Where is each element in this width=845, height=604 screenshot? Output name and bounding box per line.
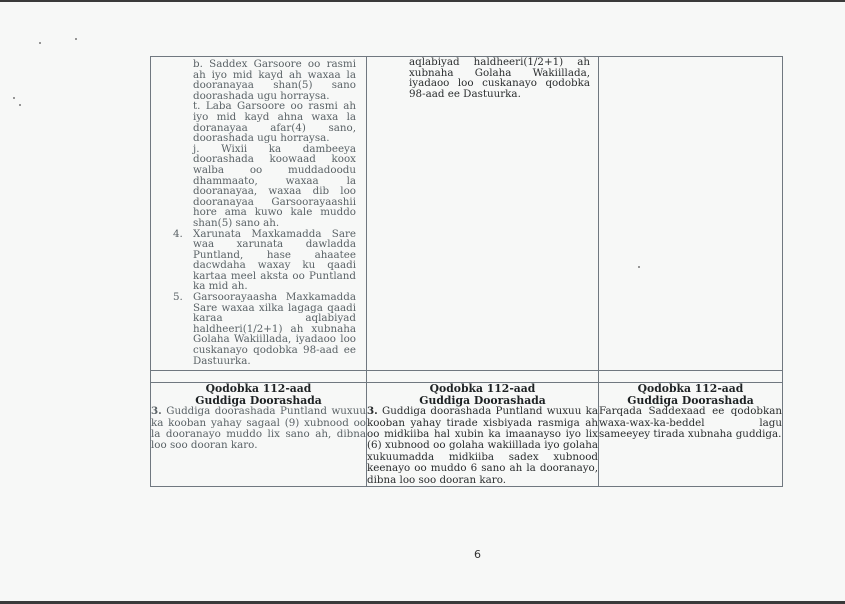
article-heading: Qodobka 112-aad (367, 383, 598, 395)
scan-speck (13, 97, 15, 99)
row2-col2-cell: Qodobka 112-aad Guddiga Doorashada 3. Gu… (367, 383, 599, 487)
numbered-item: 4. Xarunata Maxkamadda Sare waa xarunata… (193, 229, 356, 293)
paragraph: Farqada Saddexaad ee qodobkan waxa-wax-k… (599, 406, 782, 440)
table-separator-row (151, 371, 783, 383)
comparison-table: b. Saddex Garsoore oo rasmi ah iyo mid k… (150, 56, 783, 487)
paragraph: 3. Guddiga doorashada Puntland wuxuu ka … (151, 406, 366, 452)
list-item: b. Saddex Garsoore oo rasmi ah iyo mid k… (193, 59, 356, 101)
table-row: Qodobka 112-aad Guddiga Doorashada 3. Gu… (151, 383, 783, 487)
list-item: j. Wixii ka dambeeya doorashada koowaad … (193, 144, 356, 229)
scan-top-edge (0, 0, 845, 2)
numbered-item: 5. Garsoorayaasha Maxkamadda Sare waxaa … (193, 292, 356, 366)
article-heading: Qodobka 112-aad (599, 383, 782, 395)
scan-speck (39, 42, 41, 44)
row1-col1-cell: b. Saddex Garsoore oo rasmi ah iyo mid k… (151, 57, 367, 371)
row2-col3-cell: Qodobka 112-aad Guddiga Doorashada Farqa… (599, 383, 783, 487)
row2-col1-cell: Qodobka 112-aad Guddiga Doorashada 3. Gu… (151, 383, 367, 487)
paragraph: aqlabiyad haldheeri(1/2+1) ah xubnaha Go… (367, 57, 598, 103)
scan-speck (75, 38, 77, 40)
row1-col3-cell (599, 57, 783, 371)
row1-col2-cell: aqlabiyad haldheeri(1/2+1) ah xubnaha Go… (367, 57, 599, 371)
article-heading: Qodobka 112-aad (151, 383, 366, 395)
page-number: 6 (474, 548, 481, 561)
list-item: t. Laba Garsoore oo rasmi ah iyo mid kay… (193, 101, 356, 143)
paragraph: 3. Guddiga doorashada Puntland wuxuu ka … (367, 406, 598, 486)
table-row: b. Saddex Garsoore oo rasmi ah iyo mid k… (151, 57, 783, 371)
scan-speck (19, 104, 21, 106)
